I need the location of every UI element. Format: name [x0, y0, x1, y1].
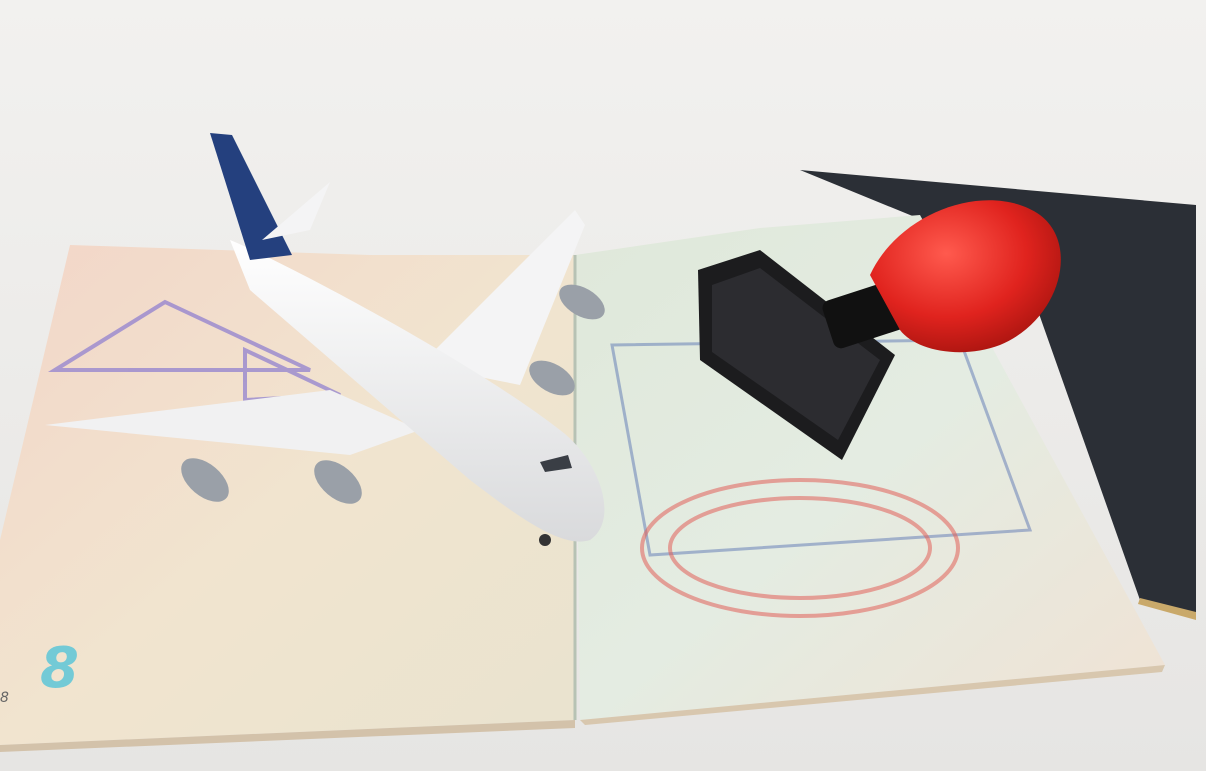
passport-page-number: 8 [40, 636, 79, 701]
passport-page-number-small: 8 [0, 690, 9, 706]
scene-illustration [0, 0, 1206, 771]
photo-scene: 8 8 [0, 0, 1206, 771]
